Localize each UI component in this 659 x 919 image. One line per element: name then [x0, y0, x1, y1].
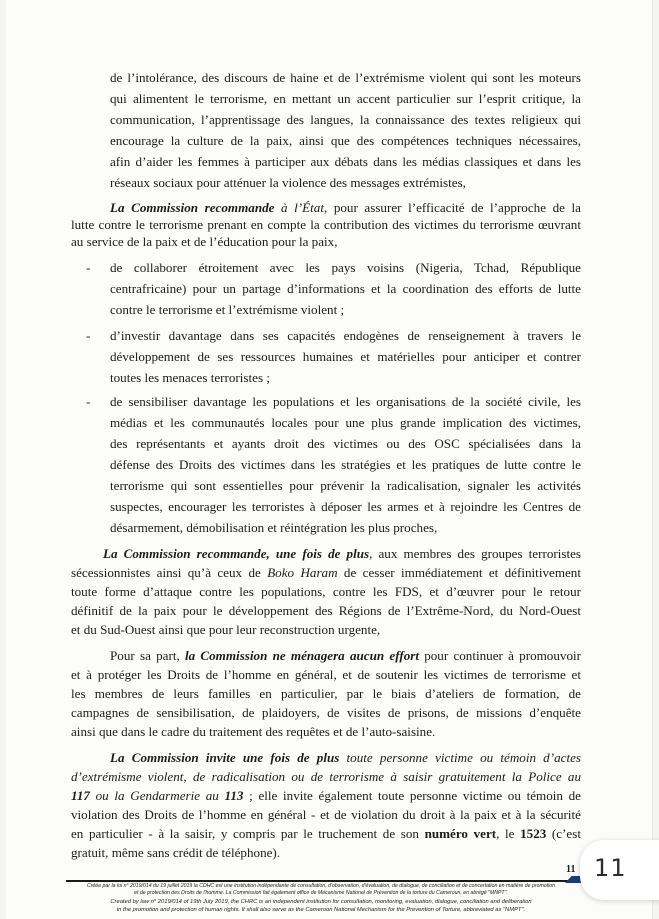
- text-line: en particulier - à la saisir, y compris …: [71, 825, 581, 842]
- text-line: terrorisme qui sont essentielles pour pr…: [110, 477, 581, 494]
- text-line: et à protéger les Droits de l’homme en g…: [71, 666, 581, 683]
- text-line: développement de ses ressources humaines…: [110, 348, 581, 365]
- text-line: de collaborer étroitement avec les pays …: [110, 259, 581, 276]
- text-line: afin d’aider les femmes à participer aux…: [110, 153, 581, 170]
- text-line: suspectes, encourager les terroristes à …: [110, 498, 581, 515]
- text-line: lutte contre le terrorisme prenant en co…: [71, 216, 581, 233]
- text-line: et du Sud-Ouest ainsi que pour leur reco…: [71, 621, 581, 638]
- text-line: réseaux sociaux pour atténuer la violenc…: [110, 174, 581, 191]
- emphasis: La Commission recommande, une fois de pl…: [103, 546, 369, 561]
- emphasis: la Commission ne ménagera aucun effort: [185, 648, 419, 663]
- text-span: de cesser immédiatement et définitivemen…: [338, 565, 581, 580]
- text-line: La Commission invite une fois de plus to…: [110, 749, 581, 766]
- text-span: pour assurer l’efficacité de l’approche …: [327, 200, 581, 215]
- text-line: d’extrémisme violent, de radicalisation …: [71, 768, 581, 785]
- page-indicator-badge[interactable]: 11: [580, 840, 659, 900]
- text-line: Pour sa part, la Commission ne ménagera …: [110, 647, 581, 664]
- gendarmerie-number: 113: [225, 788, 244, 803]
- text-line: des représentants et ayants droit des vi…: [110, 435, 581, 452]
- text-line: La Commission recommande à l’État, pour …: [110, 199, 581, 216]
- emphasis: à l’État,: [274, 200, 327, 215]
- text-line: toutes les menaces terroristes ;: [110, 369, 581, 386]
- text-line: défense des Droits des victimes dans les…: [110, 456, 581, 473]
- footer-line: in the promotion and protection of human…: [66, 906, 576, 914]
- emphasis: toute personne victime ou témoin d’actes: [339, 750, 581, 765]
- footer-french: Créée par la loi n° 2019/014 du 19 juill…: [66, 883, 576, 897]
- dash-bullet-icon: -: [86, 393, 90, 410]
- text-line: d’investir davantage dans ses capacités …: [110, 327, 581, 344]
- text-span: sécessionnistes ainsi qu’à ceux de: [71, 565, 267, 580]
- page-number: 11: [566, 864, 575, 875]
- text-line: de l’intolérance, des discours de haine …: [110, 69, 581, 86]
- text-line: médias et les communautés locales pour u…: [110, 414, 581, 431]
- text-line: toute forme d’attaque contre les populat…: [71, 583, 581, 600]
- text-span: (c’est: [546, 826, 581, 841]
- text-line: ainsi que dans le cadre du traitement de…: [71, 723, 581, 740]
- dash-bullet-icon: -: [86, 259, 90, 276]
- text-span: pour continuer à promouvoir: [419, 648, 581, 663]
- text-line: sécessionnistes ainsi qu’à ceux de Boko …: [71, 564, 581, 581]
- text-span: Pour sa part,: [110, 648, 185, 663]
- emphasis: La Commission recommande: [110, 200, 274, 215]
- footer-line: Created by law n° 2019/014 of 19th July …: [66, 898, 576, 906]
- text-line: au service de la paix et de l’éducation …: [71, 233, 581, 250]
- page-indicator-number: 11: [594, 854, 627, 882]
- text-line: contre le terrorisme et l’extrémisme vio…: [110, 301, 581, 318]
- text-span: , le: [496, 826, 520, 841]
- text-line: 117 ou la Gendarmerie au 113 ; elle invi…: [71, 787, 581, 804]
- emphasis: La Commission invite une fois de plus: [110, 750, 339, 765]
- footer-divider: [66, 880, 586, 882]
- text-line: centrafricaine) pour un partage d’inform…: [110, 280, 581, 297]
- emphasis: ou la Gendarmerie au: [90, 788, 225, 803]
- text-line: désarmement, démobilisation et réintégra…: [110, 519, 581, 536]
- footer-line: et de protection des Droits de l'homme. …: [66, 890, 576, 897]
- text-line: encourage la culture de la paix, ainsi q…: [110, 132, 581, 149]
- footer-english: Created by law n° 2019/014 of 19th July …: [66, 898, 576, 914]
- text-line: campagnes de sensibilisation, de plaidoy…: [71, 704, 581, 721]
- text-line: violation des Droits de l’homme en génér…: [71, 806, 581, 823]
- text-span: en particulier - à la saisir, y compris …: [71, 826, 425, 841]
- text-span: ; elle invite également toute personne v…: [243, 788, 581, 803]
- emphasis: Boko Haram: [267, 565, 337, 580]
- text-line: La Commission recommande, une fois de pl…: [103, 545, 581, 562]
- text-line: définitif de la paix pour le développeme…: [71, 602, 581, 619]
- text-line: de sensibiliser davantage les population…: [110, 393, 581, 410]
- text-line: communication, l’apprentissage des langu…: [110, 111, 581, 128]
- footer-line: Créée par la loi n° 2019/014 du 19 juill…: [66, 883, 576, 890]
- text-span: , aux membres des groupes terroristes: [369, 546, 581, 561]
- hotline-number: 1523: [520, 826, 546, 841]
- dash-bullet-icon: -: [86, 327, 90, 344]
- text-line: les membres de leurs familles en particu…: [71, 685, 581, 702]
- text-line: gratuit, même sans crédit de téléphone).: [71, 844, 581, 861]
- emphasis: numéro vert: [425, 826, 497, 841]
- police-number: 117: [71, 788, 90, 803]
- text-line: qui alimentent le terrorisme, en mettant…: [110, 90, 581, 107]
